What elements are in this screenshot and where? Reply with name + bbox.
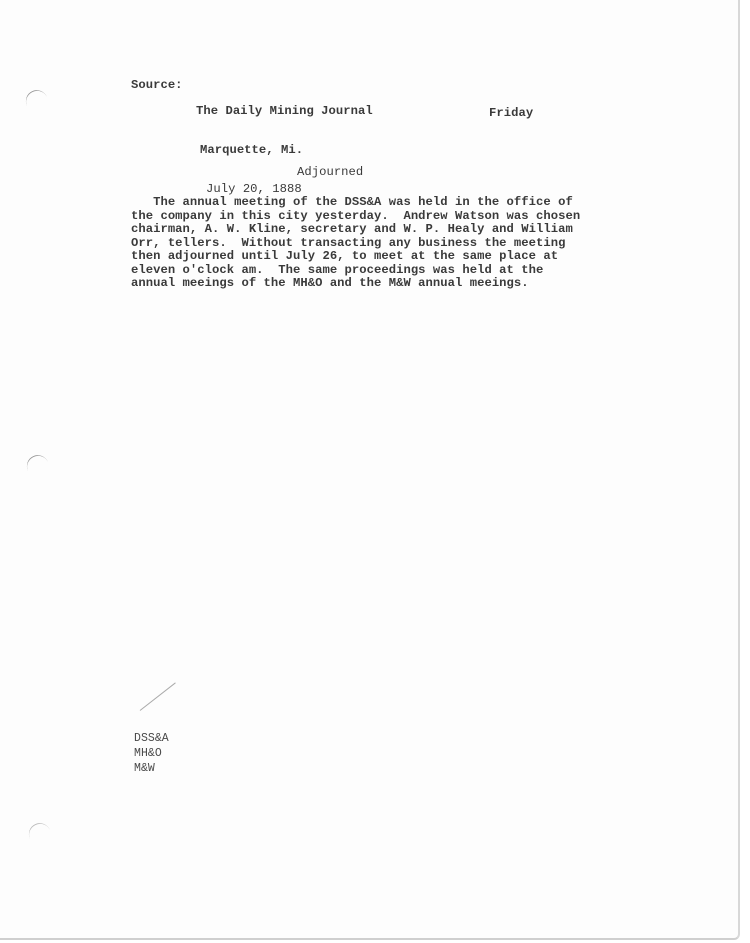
weekday: Friday (489, 107, 533, 120)
index-tag: DSS&A (134, 731, 169, 746)
body-line: eleven o'clock am. The same proceedings … (131, 264, 571, 278)
source-publication: The Daily Mining Journal (196, 105, 373, 118)
punch-hole-mark (25, 819, 55, 849)
body-line: the company in this city yesterday. Andr… (131, 210, 571, 224)
punch-hole-mark (22, 86, 52, 116)
pencil-check-mark (140, 682, 176, 710)
index-tag: MH&O (134, 746, 169, 761)
index-tag: M&W (134, 761, 169, 776)
body-line: Orr, tellers. Without transacting any bu… (131, 237, 571, 251)
body-line: chairman, A. W. Kline, secretary and W. … (131, 223, 571, 237)
index-tags: DSS&A MH&O M&W (134, 731, 169, 776)
body-line: The annual meeting of the DSS&A was held… (131, 196, 571, 210)
body-line: then adjourned until July 26, to meet at… (131, 250, 571, 264)
body-line: annual meeings of the MH&O and the M&W a… (131, 277, 571, 291)
document-page: Source: The Daily Mining Journal Marquet… (0, 0, 740, 940)
source-location: Marquette, Mi. (196, 144, 373, 157)
article-headline: Adjourned (297, 166, 363, 179)
article-body: The annual meeting of the DSS&A was held… (131, 196, 571, 291)
punch-hole-mark (23, 451, 53, 481)
